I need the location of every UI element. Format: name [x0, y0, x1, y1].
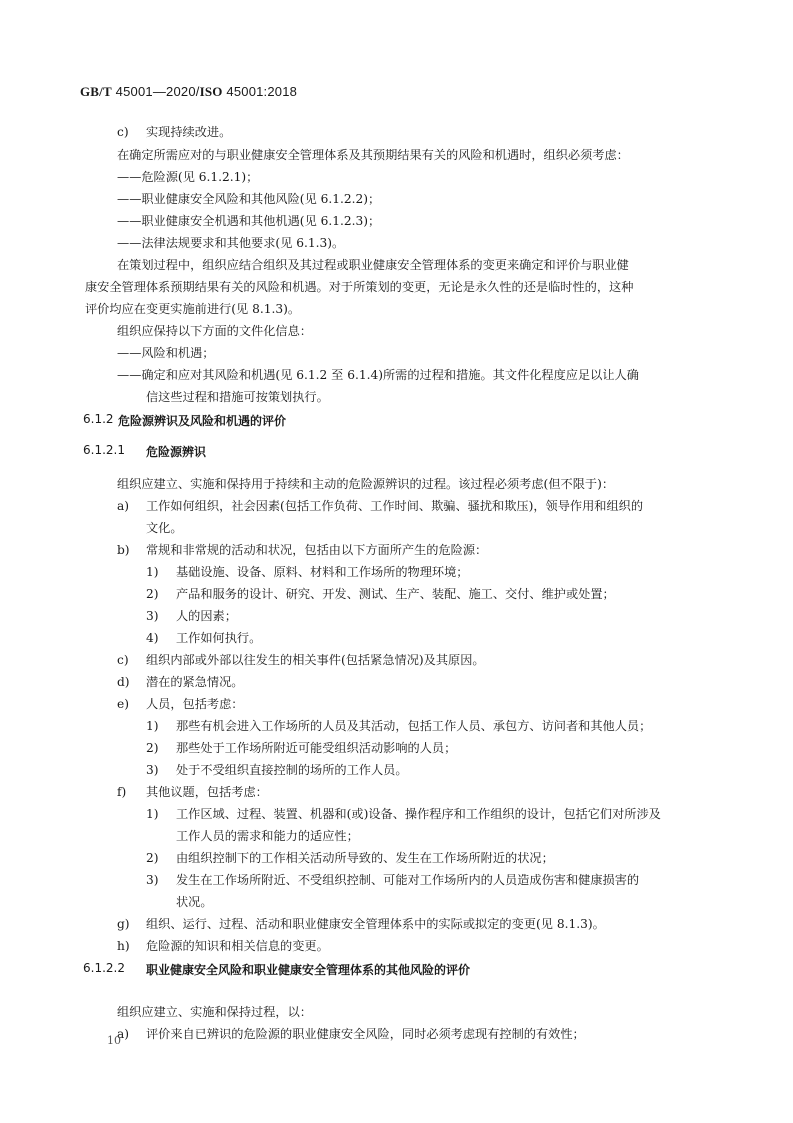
paragraph-line: 评价均应在变更实施前进行(见 8.1.3)。 — [85, 303, 300, 315]
paragraph-line: ——风险和机遇； — [117, 347, 215, 359]
list-marker: e) — [117, 698, 129, 710]
list-marker: 1) — [146, 720, 159, 732]
list-item-text: 处于不受组织直接控制的场所的工作人员。 — [176, 764, 408, 776]
list-item-text: 潜在的紧急情况。 — [146, 676, 244, 688]
list-item-text: 其他议题，包括考虑： — [146, 786, 268, 798]
paragraph-line: 组织应建立、实施和保持用于持续和主动的危险源辨识的过程。该过程必须考虑(但不限于… — [117, 478, 614, 490]
list-marker: 2) — [146, 588, 159, 600]
section-number: 6.1.2.2 — [83, 961, 125, 975]
page-number: 10 — [107, 1034, 121, 1047]
list-item-text: 人的因素； — [176, 610, 237, 622]
iso-number: 45001:2018 — [223, 84, 298, 99]
paragraph-line: 文化。 — [146, 522, 183, 534]
list-item-text: 基础设施、设备、原料、材料和工作场所的物理环境； — [176, 566, 469, 578]
iso-prefix: ISO — [200, 84, 223, 99]
paragraph-line: 组织应建立、实施和保持过程，以： — [117, 1006, 312, 1018]
list-marker: c) — [117, 654, 129, 666]
list-item-text: 危险源的知识和相关信息的变更。 — [146, 940, 329, 952]
list-marker: 1) — [146, 808, 159, 820]
standard-prefix: GB/T — [80, 84, 112, 99]
paragraph-line: 工作人员的需求和能力的适应性； — [176, 830, 359, 842]
list-item-text: 产品和服务的设计、研究、开发、测试、生产、装配、施工、交付、维护或处置； — [176, 588, 615, 600]
list-marker: 3) — [146, 610, 159, 622]
list-marker: d) — [117, 676, 130, 688]
list-item-text: 那些有机会进入工作场所的人员及其活动，包括工作人员、承包方、访问者和其他人员； — [176, 720, 651, 732]
section-number: 6.1.2.1 — [83, 443, 125, 457]
list-item-text: 那些处于工作场所附近可能受组织活动影响的人员； — [176, 742, 456, 754]
list-item-text: 工作区域、过程、装置、机器和(或)设备、操作程序和工作组织的设计，包括它们对所涉… — [176, 808, 661, 820]
section-heading: 危险源辨识及风险和机遇的评价 — [118, 412, 286, 429]
list-marker: 1) — [146, 566, 159, 578]
list-marker: 3) — [146, 764, 159, 776]
list-marker: 2) — [146, 852, 159, 864]
paragraph-line: ——确定和应对其风险和机遇(见 6.1.2 至 6.1.4)所需的过程和措施。其… — [117, 369, 639, 381]
paragraph-line: ——危险源(见 6.1.2.1)； — [117, 171, 258, 183]
section-heading: 职业健康安全风险和职业健康安全管理体系的其他风险的评价 — [146, 961, 470, 978]
paragraph-line: 在确定所需应对的与职业健康安全管理体系及其预期结果有关的风险和机遇时，组织必须考… — [117, 149, 629, 161]
document-header: GB/T 45001—2020/ISO 45001:2018 — [80, 84, 297, 100]
list-marker: g) — [117, 918, 130, 930]
list-marker: 4) — [146, 632, 159, 644]
list-item-text: 由组织控制下的工作相关活动所导致的、发生在工作场所附近的状况； — [176, 852, 554, 864]
paragraph-line: 组织应保持以下方面的文件化信息： — [117, 325, 312, 337]
list-item-text: 组织内部或外部以往发生的相关事件(包括紧急情况)及其原因。 — [146, 654, 485, 666]
list-marker: 3) — [146, 874, 159, 886]
list-marker: a) — [117, 500, 129, 512]
paragraph-line: ——职业健康安全风险和其他风险(见 6.1.2.2)； — [117, 193, 380, 205]
list-marker: f) — [117, 786, 126, 798]
list-marker: b) — [117, 544, 130, 556]
section-heading: 危险源辨识 — [146, 443, 206, 460]
paragraph-line: 信这些过程和措施可按策划执行。 — [146, 391, 329, 403]
list-item-text: 工作如何组织，社会因素(包括工作负荷、工作时间、欺骗、骚扰和欺压)，领导作用和组… — [146, 500, 643, 512]
list-marker: c) — [117, 126, 129, 138]
paragraph-line: 状况。 — [176, 896, 213, 908]
list-item-text: 评价来自已辨识的危险源的职业健康安全风险，同时必须考虑现有控制的有效性； — [146, 1028, 585, 1040]
list-item-text: 实现持续改进。 — [146, 126, 231, 138]
paragraph-line: ——法律法规要求和其他要求(见 6.1.3)。 — [117, 237, 344, 249]
standard-number: 45001—2020/ — [112, 84, 200, 99]
paragraph-line: 在策划过程中，组织应结合组织及其过程或职业健康安全管理体系的变更来确定和评价与职… — [117, 259, 629, 271]
list-marker: 2) — [146, 742, 159, 754]
paragraph-line: 康安全管理体系预期结果有关的风险和机遇。对于所策划的变更，无论是永久性的还是临时… — [85, 281, 633, 293]
section-number: 6.1.2 — [83, 412, 114, 426]
list-item-text: 组织、运行、过程、活动和职业健康安全管理体系中的实际或拟定的变更(见 8.1.3… — [146, 918, 605, 930]
list-item-text: 发生在工作场所附近、不受组织控制、可能对工作场所内的人员造成伤害和健康损害的 — [176, 874, 639, 886]
list-item-text: 工作如何执行。 — [176, 632, 261, 644]
list-marker: h) — [117, 940, 130, 952]
list-item-text: 人员，包括考虑： — [146, 698, 244, 710]
list-item-text: 常规和非常规的活动和状况，包括由以下方面所产生的危险源： — [146, 544, 487, 556]
paragraph-line: ——职业健康安全机遇和其他机遇(见 6.1.2.3)； — [117, 215, 380, 227]
